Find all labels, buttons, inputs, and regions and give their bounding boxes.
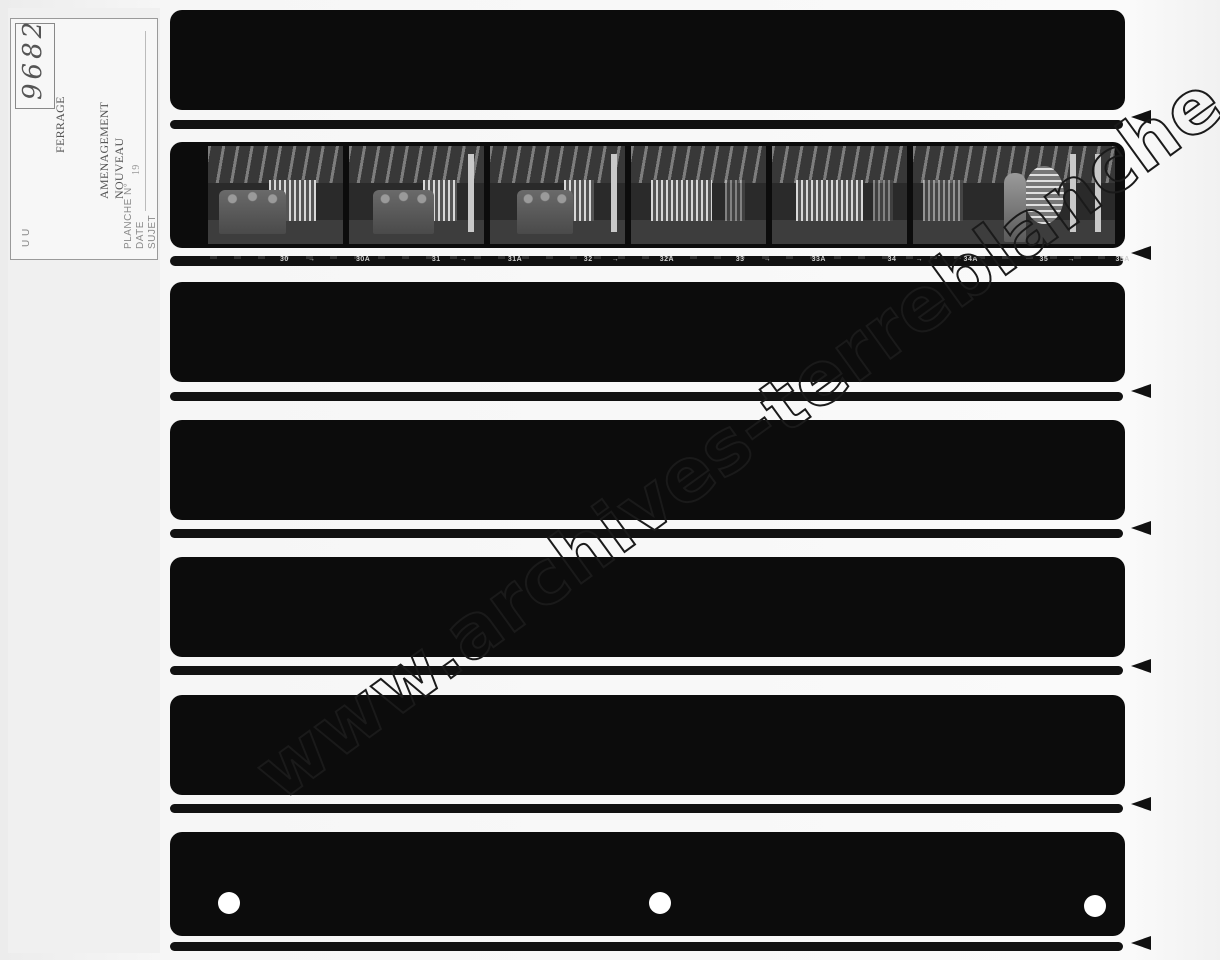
film-strip-5 xyxy=(170,557,1125,657)
arrow-left-icon xyxy=(1131,659,1151,673)
punch-hole xyxy=(1084,895,1106,917)
film-edge-2: 30→30A31→31A32→32A33→33A34→34A35→35A xyxy=(170,256,1123,266)
film-edge-3 xyxy=(170,392,1123,401)
arrow-left-icon xyxy=(1131,384,1151,398)
frame-edge-number: 34A xyxy=(964,255,978,264)
frame-edge-number: 35 xyxy=(1040,255,1049,264)
arrow-left-icon xyxy=(1131,521,1151,535)
plate-number: 9682 xyxy=(18,18,48,100)
arrow-left-icon xyxy=(1131,936,1151,950)
date-label: DATE xyxy=(135,221,146,249)
frame-row xyxy=(208,146,1115,244)
arrow-left-icon xyxy=(1131,110,1151,124)
arrow-left-icon xyxy=(1131,797,1151,811)
arrow-right-icon: → xyxy=(916,255,924,264)
frame-edge-number: 35A xyxy=(1115,255,1129,264)
film-edge-7 xyxy=(170,942,1123,951)
film-edge-5 xyxy=(170,666,1123,675)
film-edge-6 xyxy=(170,804,1123,813)
frame-32[interactable] xyxy=(490,146,625,244)
film-strip-4 xyxy=(170,420,1125,520)
frame-edge-number: 32 xyxy=(584,255,593,264)
frame-edge-number: 31 xyxy=(432,255,441,264)
arrow-left-icon xyxy=(1131,246,1151,260)
subject-label: SUJET xyxy=(147,215,158,249)
subject-line-2: FERRAGE xyxy=(53,96,68,153)
film-edge-1 xyxy=(170,120,1123,129)
punch-hole xyxy=(649,892,671,914)
label-card: PLANCHE N° DATE 19 SUJET AMENAGEMENT NOU… xyxy=(10,18,158,260)
subject-line-1: AMENAGEMENT NOUVEAU xyxy=(97,19,127,199)
punch-hole xyxy=(218,892,240,914)
film-edge-4 xyxy=(170,529,1123,538)
arrow-right-icon: → xyxy=(460,255,468,264)
extra-mark: U U xyxy=(21,228,32,247)
frame-33[interactable] xyxy=(631,146,766,244)
film-strip-3 xyxy=(170,282,1125,382)
frame-35[interactable] xyxy=(913,146,1115,244)
frame-31[interactable] xyxy=(349,146,484,244)
film-strip-6 xyxy=(170,695,1125,795)
date-value: 19 xyxy=(131,164,142,175)
frame-34[interactable] xyxy=(772,146,907,244)
frame-edge-number: 31A xyxy=(508,255,522,264)
plate-number-box: 9682 xyxy=(15,23,55,109)
film-strip-1 xyxy=(170,10,1125,110)
film-strip-7 xyxy=(170,832,1125,936)
frame-30[interactable] xyxy=(208,146,343,244)
film-strip-2 xyxy=(170,142,1125,248)
